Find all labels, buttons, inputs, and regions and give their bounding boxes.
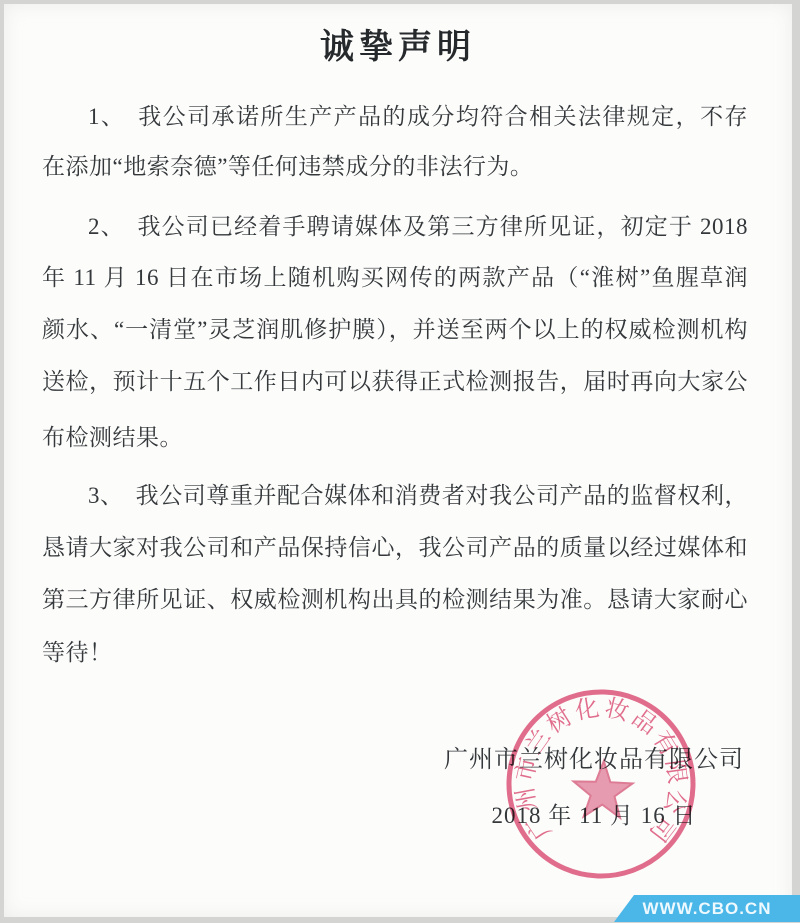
body-line: 第三方律所见证、权威检测机构出具的检测结果为准。恳请大家耐心 [42, 585, 748, 615]
body-line: 在添加“地索奈德”等任何违禁成分的非法行为。 [42, 152, 748, 182]
body-line: 1、 我公司承诺所生产产品的成分均符合相关法律规定，不存 [42, 102, 748, 132]
body-line: 颜水、“一清堂”灵芝润肌修护膜），并送至两个以上的权威检测机构 [42, 315, 748, 345]
seal-star-icon [572, 760, 633, 818]
site-watermark: WWW.CBO.CN [614, 895, 800, 922]
document-paper: 诚挚声明 1、 我公司承诺所生产产品的成分均符合相关法律规定，不存 在添加“地索… [4, 4, 792, 917]
document-title: 诚挚声明 [4, 26, 792, 70]
body-line: 送检，预计十五个工作日内可以获得正式检测报告，届时再向大家公 [42, 367, 748, 397]
company-seal-stamp: 广州市兰树化妆品有限公司 [491, 674, 710, 893]
body-line: 年 11 月 16 日在市场上随机购买网传的两款产品（“淮树”鱼腥草润 [42, 263, 748, 293]
site-watermark-label: WWW.CBO.CN [643, 899, 772, 919]
body-line: 布检测结果。 [42, 423, 748, 453]
body-line: 2、 我公司已经着手聘请媒体及第三方律所见证，初定于 2018 [42, 212, 748, 242]
body-line: 3、 我公司尊重并配合媒体和消费者对我公司产品的监督权利， [42, 481, 748, 511]
scanned-document: 诚挚声明 1、 我公司承诺所生产产品的成分均符合相关法律规定，不存 在添加“地索… [0, 0, 800, 923]
body-line: 恳请大家对我公司和产品保持信心，我公司产品的质量以经过媒体和 [42, 533, 748, 563]
body-line: 等待！ [42, 638, 748, 668]
